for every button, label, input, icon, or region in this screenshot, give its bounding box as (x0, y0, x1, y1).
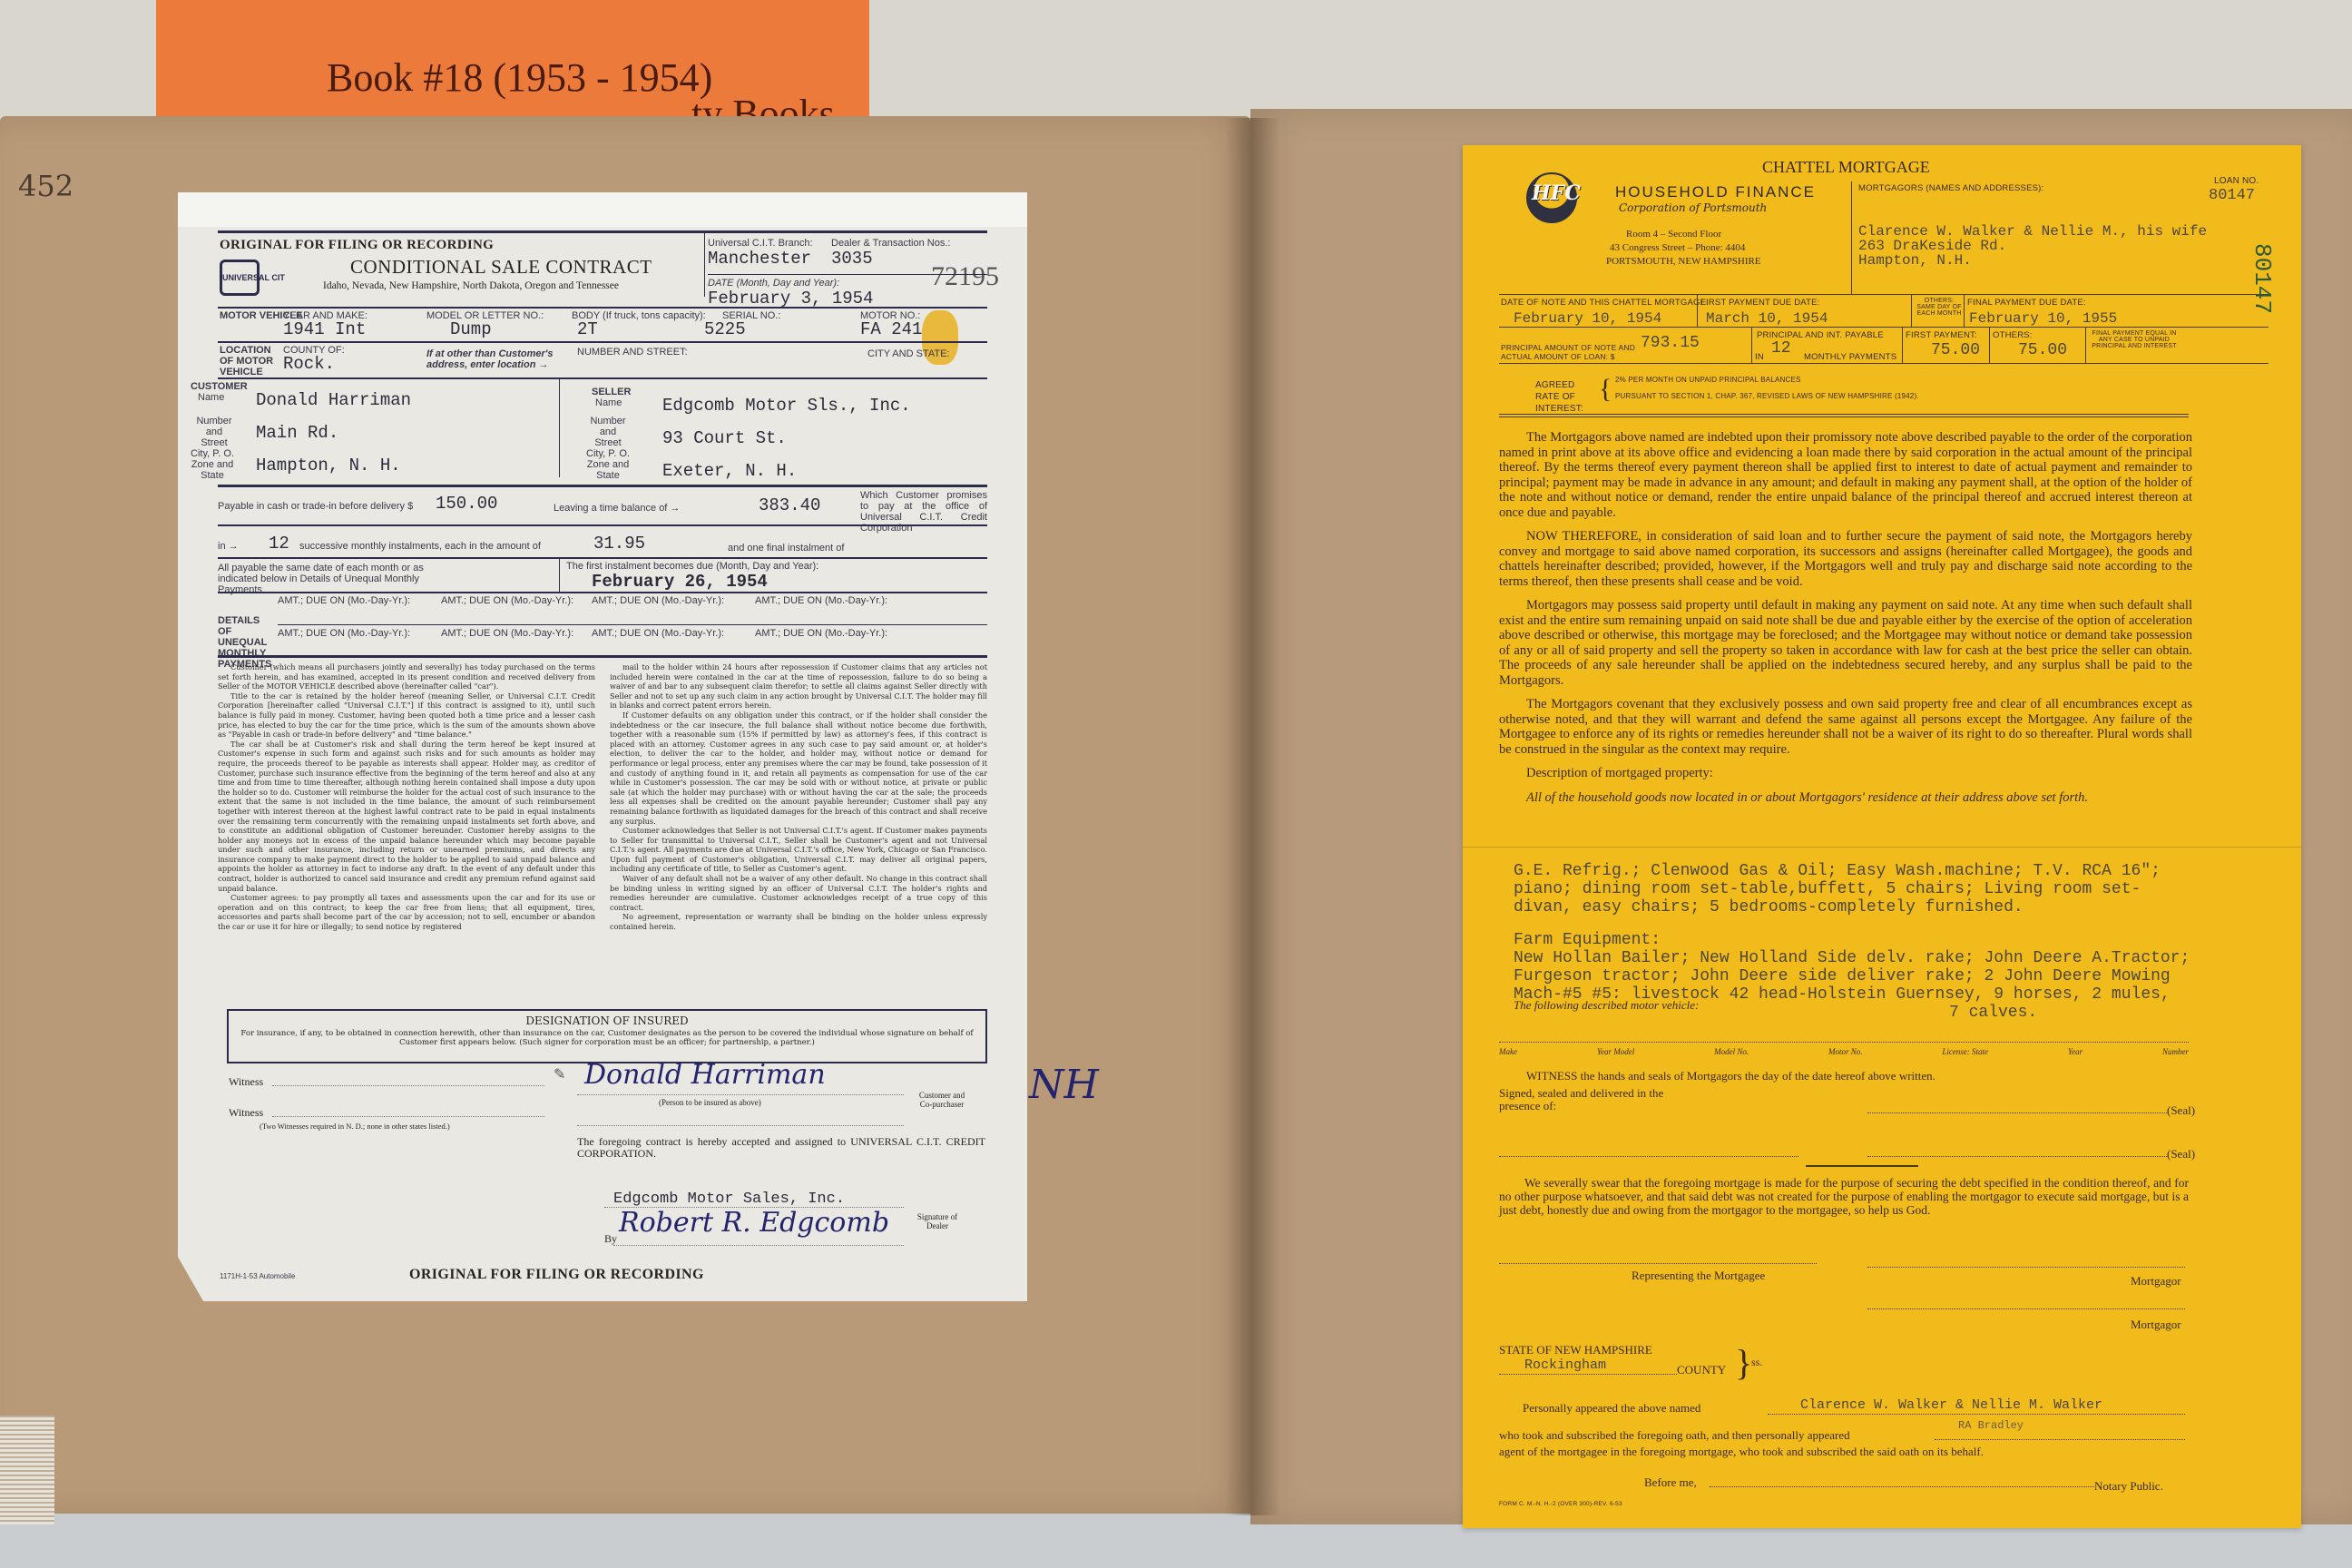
seller-section-label: SELLER (592, 387, 631, 397)
insured-title: DESIGNATION OF INSURED (229, 1014, 985, 1027)
ss-label: ss. (1751, 1356, 1762, 1369)
book-label-title: Book #18 (1953 - 1954) (327, 54, 712, 101)
county-value: Rockingham (1524, 1357, 1606, 1373)
other-address-label: If at other than Customer's address, ent… (426, 348, 554, 370)
contract-states: Idaho, Nevada, New Hampshire, North Dako… (323, 280, 619, 291)
seller-name: Edgcomb Motor Sls., Inc. (662, 396, 911, 416)
in-label: in → (218, 541, 239, 552)
customer-street: Main Rd. (256, 423, 338, 443)
promise-text: Which Customer promises to pay at the of… (860, 490, 987, 534)
monthly-payments-label: MONTHLY PAYMENTS (1804, 352, 1896, 362)
vehicle-columns: Make Year Model Model No. Motor No. Lice… (1499, 1047, 2189, 1056)
designation-of-insured-box: DESIGNATION OF INSURED For insurance, if… (227, 1009, 987, 1063)
transaction-number: 72195 (931, 261, 999, 292)
customer-section-label: CUSTOMER (191, 381, 248, 392)
unequal-cell: AMT.; DUE ON (Mo.-Day-Yr.): (441, 595, 573, 606)
unequal-cell: AMT.; DUE ON (Mo.-Day-Yr.): (755, 595, 887, 606)
others-payment-value: 75.00 (2018, 341, 2067, 359)
agent-value: RA Bradley (1958, 1419, 2024, 1432)
tape-strip (178, 192, 1027, 227)
loan-no-value: 80147 (2209, 187, 2255, 204)
customer-name-label: Name (198, 392, 224, 403)
number-street-label: NUMBER AND STREET: (577, 347, 688, 358)
header-top: ORIGINAL FOR FILING OR RECORDING (220, 238, 494, 253)
customer-name: Donald Harriman (256, 390, 411, 410)
vehicle-label: The following described motor vehicle: (1514, 998, 1699, 1013)
rate-label: AGREED RATE OF INTEREST: (1535, 379, 1599, 415)
model-value: Dump (450, 319, 492, 339)
margin-initials: NH (1029, 1062, 1099, 1108)
body-value: 2T (577, 319, 598, 339)
customer-signature: Donald Harriman (584, 1059, 826, 1091)
mortgage-terms: The Mortgagors above named are indebted … (1499, 430, 2192, 814)
footer-title: ORIGINAL FOR FILING OR RECORDING (409, 1267, 704, 1283)
loan-no-label: LOAN NO. (2214, 176, 2259, 186)
insured-text: For insurance, if any, to be obtained in… (229, 1027, 985, 1049)
dealer-name: Edgcomb Motor Sales, Inc. (613, 1191, 845, 1208)
page-edges (0, 1416, 54, 1524)
location-label: LOCATION OF MOTOR VEHICLE (220, 345, 274, 377)
first-payment-value: 75.00 (1931, 341, 1980, 359)
seller-name-label: Name (595, 397, 622, 408)
date-note-label: DATE OF NOTE AND THIS CHATTEL MORTGAGE: (1501, 298, 1709, 308)
seller-street: 93 Court St. (662, 428, 787, 448)
first-due-value: March 10, 1954 (1706, 310, 1828, 327)
by-label: By (604, 1232, 617, 1246)
customer-city-label: City, P. O. Zone and State (185, 448, 240, 481)
customer-city: Hampton, N. H. (256, 456, 401, 475)
subscribed-label: who took and subscribed the foregoing oa… (1499, 1428, 1850, 1443)
form-number: 1171H-1-53 Automobile (220, 1272, 295, 1280)
others-payment-label: OTHERS: (1993, 330, 2033, 340)
balance-label: Leaving a time balance of → (554, 503, 680, 514)
date-label: DATE (Month, Day and Year): (708, 278, 839, 289)
rate-line-2: PURSUANT TO SECTION 1, CHAP. 367, REVISE… (1615, 392, 1919, 400)
year-make-value: 1941 Int (283, 319, 366, 339)
contract-title: CONDITIONAL SALE CONTRACT (350, 256, 652, 279)
seal-label-1: (Seal) (2167, 1103, 2195, 1118)
unequal-cell: AMT.; DUE ON (Mo.-Day-Yr.): (278, 628, 410, 639)
pen-icon: ✎ (554, 1065, 565, 1083)
mortgagors-line-3: Hampton, N.H. (1858, 252, 1972, 269)
final-due-label: FINAL PAYMENT DUE DATE: (1967, 298, 2086, 308)
branch-value: Manchester (708, 249, 811, 269)
person-insured-label: (Person to be insured as above) (659, 1098, 761, 1107)
witness-note: (Two Witnesses required in N. D.; none i… (260, 1122, 450, 1131)
signature-dealer-label: Signature of Dealer (915, 1212, 960, 1230)
first-payment-label: FIRST PAYMENT: (1906, 330, 1977, 340)
address-line-2: 43 Congress Street – Phone: 4404 (1610, 242, 1745, 253)
company-subtitle: Corporation of Portsmouth (1619, 201, 1767, 214)
company-name: HOUSEHOLD FINANCE (1615, 183, 1816, 201)
cit-logo-icon: UNIVERSAL CIT (220, 260, 260, 296)
motor-value: FA 241 (860, 319, 922, 339)
unequal-cell: AMT.; DUE ON (Mo.-Day-Yr.): (592, 628, 724, 639)
household-clause: All of the household goods now located i… (1499, 790, 2192, 806)
assignment-text: The foregoing contract is hereby accepte… (577, 1136, 985, 1160)
payable-count: 12 (1771, 339, 1791, 358)
witness-label-1: Witness (229, 1075, 263, 1089)
side-stamp-loan-number: 80147 (2249, 243, 2276, 314)
branch-label: Universal C.I.T. Branch: (708, 238, 813, 249)
legal-terms-column-1: Customer (which means all purchasers joi… (218, 662, 595, 932)
agent-text: agent of the mortgagee in the foregoing … (1499, 1445, 1984, 1459)
hfc-logo-icon: HFC (1526, 172, 1577, 223)
household-items: G.E. Refrig.; Clenwood Gas & Oil; Easy W… (1514, 862, 2161, 916)
description-label: Description of mortgaged property: (1499, 766, 2192, 781)
representing-label: Representing the Mortgagee (1632, 1269, 1765, 1283)
instalment-amount: 31.95 (593, 534, 645, 554)
final-due-value: February 10, 1955 (1969, 310, 2117, 327)
witness-text: WITNESS the hands and seals of Mortgagor… (1526, 1069, 1935, 1083)
first-due-value: February 26, 1954 (592, 572, 768, 592)
principal-label: PRINCIPAL AMOUNT OF NOTE AND ACTUAL AMOU… (1501, 343, 1664, 361)
legal-terms-column-2: mail to the holder within 24 hours after… (610, 662, 987, 932)
instalments-label: successive monthly instalments, each in … (299, 541, 541, 552)
contract-date: February 3, 1954 (708, 289, 873, 309)
first-due-label: The first instalment becomes due (Month,… (566, 561, 818, 572)
payable-in-label: IN (1755, 352, 1764, 362)
others-label: OTHERS: SAME DAY OF EACH MONTH (1915, 298, 1964, 317)
dealer-label: Dealer & Transaction Nos.: (831, 238, 950, 249)
balance-value: 383.40 (759, 495, 820, 515)
unequal-cell: AMT.; DUE ON (Mo.-Day-Yr.): (441, 628, 573, 639)
seller-city-label: City, P. O. Zone and State (581, 448, 635, 481)
fold-line (1463, 847, 2301, 848)
principal-value: 793.15 (1641, 334, 1700, 352)
county-value: Rock. (283, 354, 335, 374)
before-me-label: Before me, (1644, 1475, 1697, 1490)
serial-value: 5225 (704, 319, 746, 339)
city-state-label: CITY AND STATE: (867, 348, 949, 359)
chattel-mortgage: CHATTEL MORTGAGE HFC HOUSEHOLD FINANCE C… (1463, 145, 2301, 1528)
date-note-value: February 10, 1954 (1514, 310, 1661, 327)
customer-street-label: Number and Street (194, 416, 234, 448)
seller-city: Exeter, N. H. (662, 461, 797, 481)
payable-value: 150.00 (436, 494, 497, 514)
seller-street-label: Number and Street (588, 416, 628, 448)
unequal-cell: AMT.; DUE ON (Mo.-Day-Yr.): (278, 595, 410, 606)
unequal-cell: AMT.; DUE ON (Mo.-Day-Yr.): (592, 595, 724, 606)
first-due-label: FIRST PAYMENT DUE DATE: (1700, 298, 1819, 308)
unequal-cell: AMT.; DUE ON (Mo.-Day-Yr.): (755, 628, 887, 639)
rate-line-1: 2% PER MONTH ON UNPAID PRINCIPAL BALANCE… (1615, 376, 1801, 384)
address-line-3: PORTSMOUTH, NEW HAMPSHIRE (1606, 256, 1761, 267)
county-label: COUNTY (1677, 1363, 1726, 1377)
instalments-count: 12 (269, 534, 289, 554)
appeared-label: Personally appeared the above named (1523, 1401, 1700, 1416)
same-date-note: All payable the same date of each month … (218, 563, 454, 595)
final-payment-label: FINAL PAYMENT EQUAL IN ANY CASE TO UNPAI… (2089, 330, 2180, 349)
form-number: FORM C. M.-N. H.-2 (OVER 300)-REV. 6-53 (1499, 1501, 1622, 1507)
payable-label: Payable in cash or trade-in before deliv… (218, 501, 413, 512)
witness-label-2: Witness (229, 1106, 263, 1120)
unequal-payments-label: DETAILS OF UNEQUAL MONTHLY PAYMENTS (218, 615, 269, 670)
dealer-value: 3035 (831, 249, 873, 269)
mortgagor-label-1: Mortgagor (2131, 1274, 2181, 1289)
mortgagor-label-2: Mortgagor (2131, 1318, 2181, 1332)
state-label: STATE OF NEW HAMPSHIRE (1499, 1343, 1652, 1357)
final-instalment-label: and one final instalment of (728, 543, 844, 554)
conditional-sale-contract: ORIGINAL FOR FILING OR RECORDING UNIVERS… (178, 192, 1027, 1301)
customer-copurchaser-label: Customer and Co-purchaser (915, 1091, 969, 1109)
notary-label: Notary Public. (2094, 1479, 2163, 1494)
mortgage-title: CHATTEL MORTGAGE (1762, 158, 1930, 177)
address-line-1: Room 4 – Second Floor (1626, 229, 1721, 240)
book-label-card: Book #18 (1953 - 1954) ty Books (156, 0, 869, 127)
page-number: 452 (18, 169, 73, 203)
oath-text: We severally swear that the foregoing mo… (1499, 1176, 2189, 1217)
book-spine (1225, 118, 1279, 1515)
dealer-signature: Robert R. Edgcomb (619, 1207, 889, 1239)
seal-label-2: (Seal) (2167, 1147, 2195, 1161)
mortgagors-label: MORTGAGORS (NAMES AND ADDRESSES): (1858, 183, 2043, 193)
appeared-value: Clarence W. Walker & Nellie M. Walker (1800, 1397, 2102, 1413)
signed-label: Signed, sealed and delivered in the pres… (1499, 1087, 1681, 1112)
